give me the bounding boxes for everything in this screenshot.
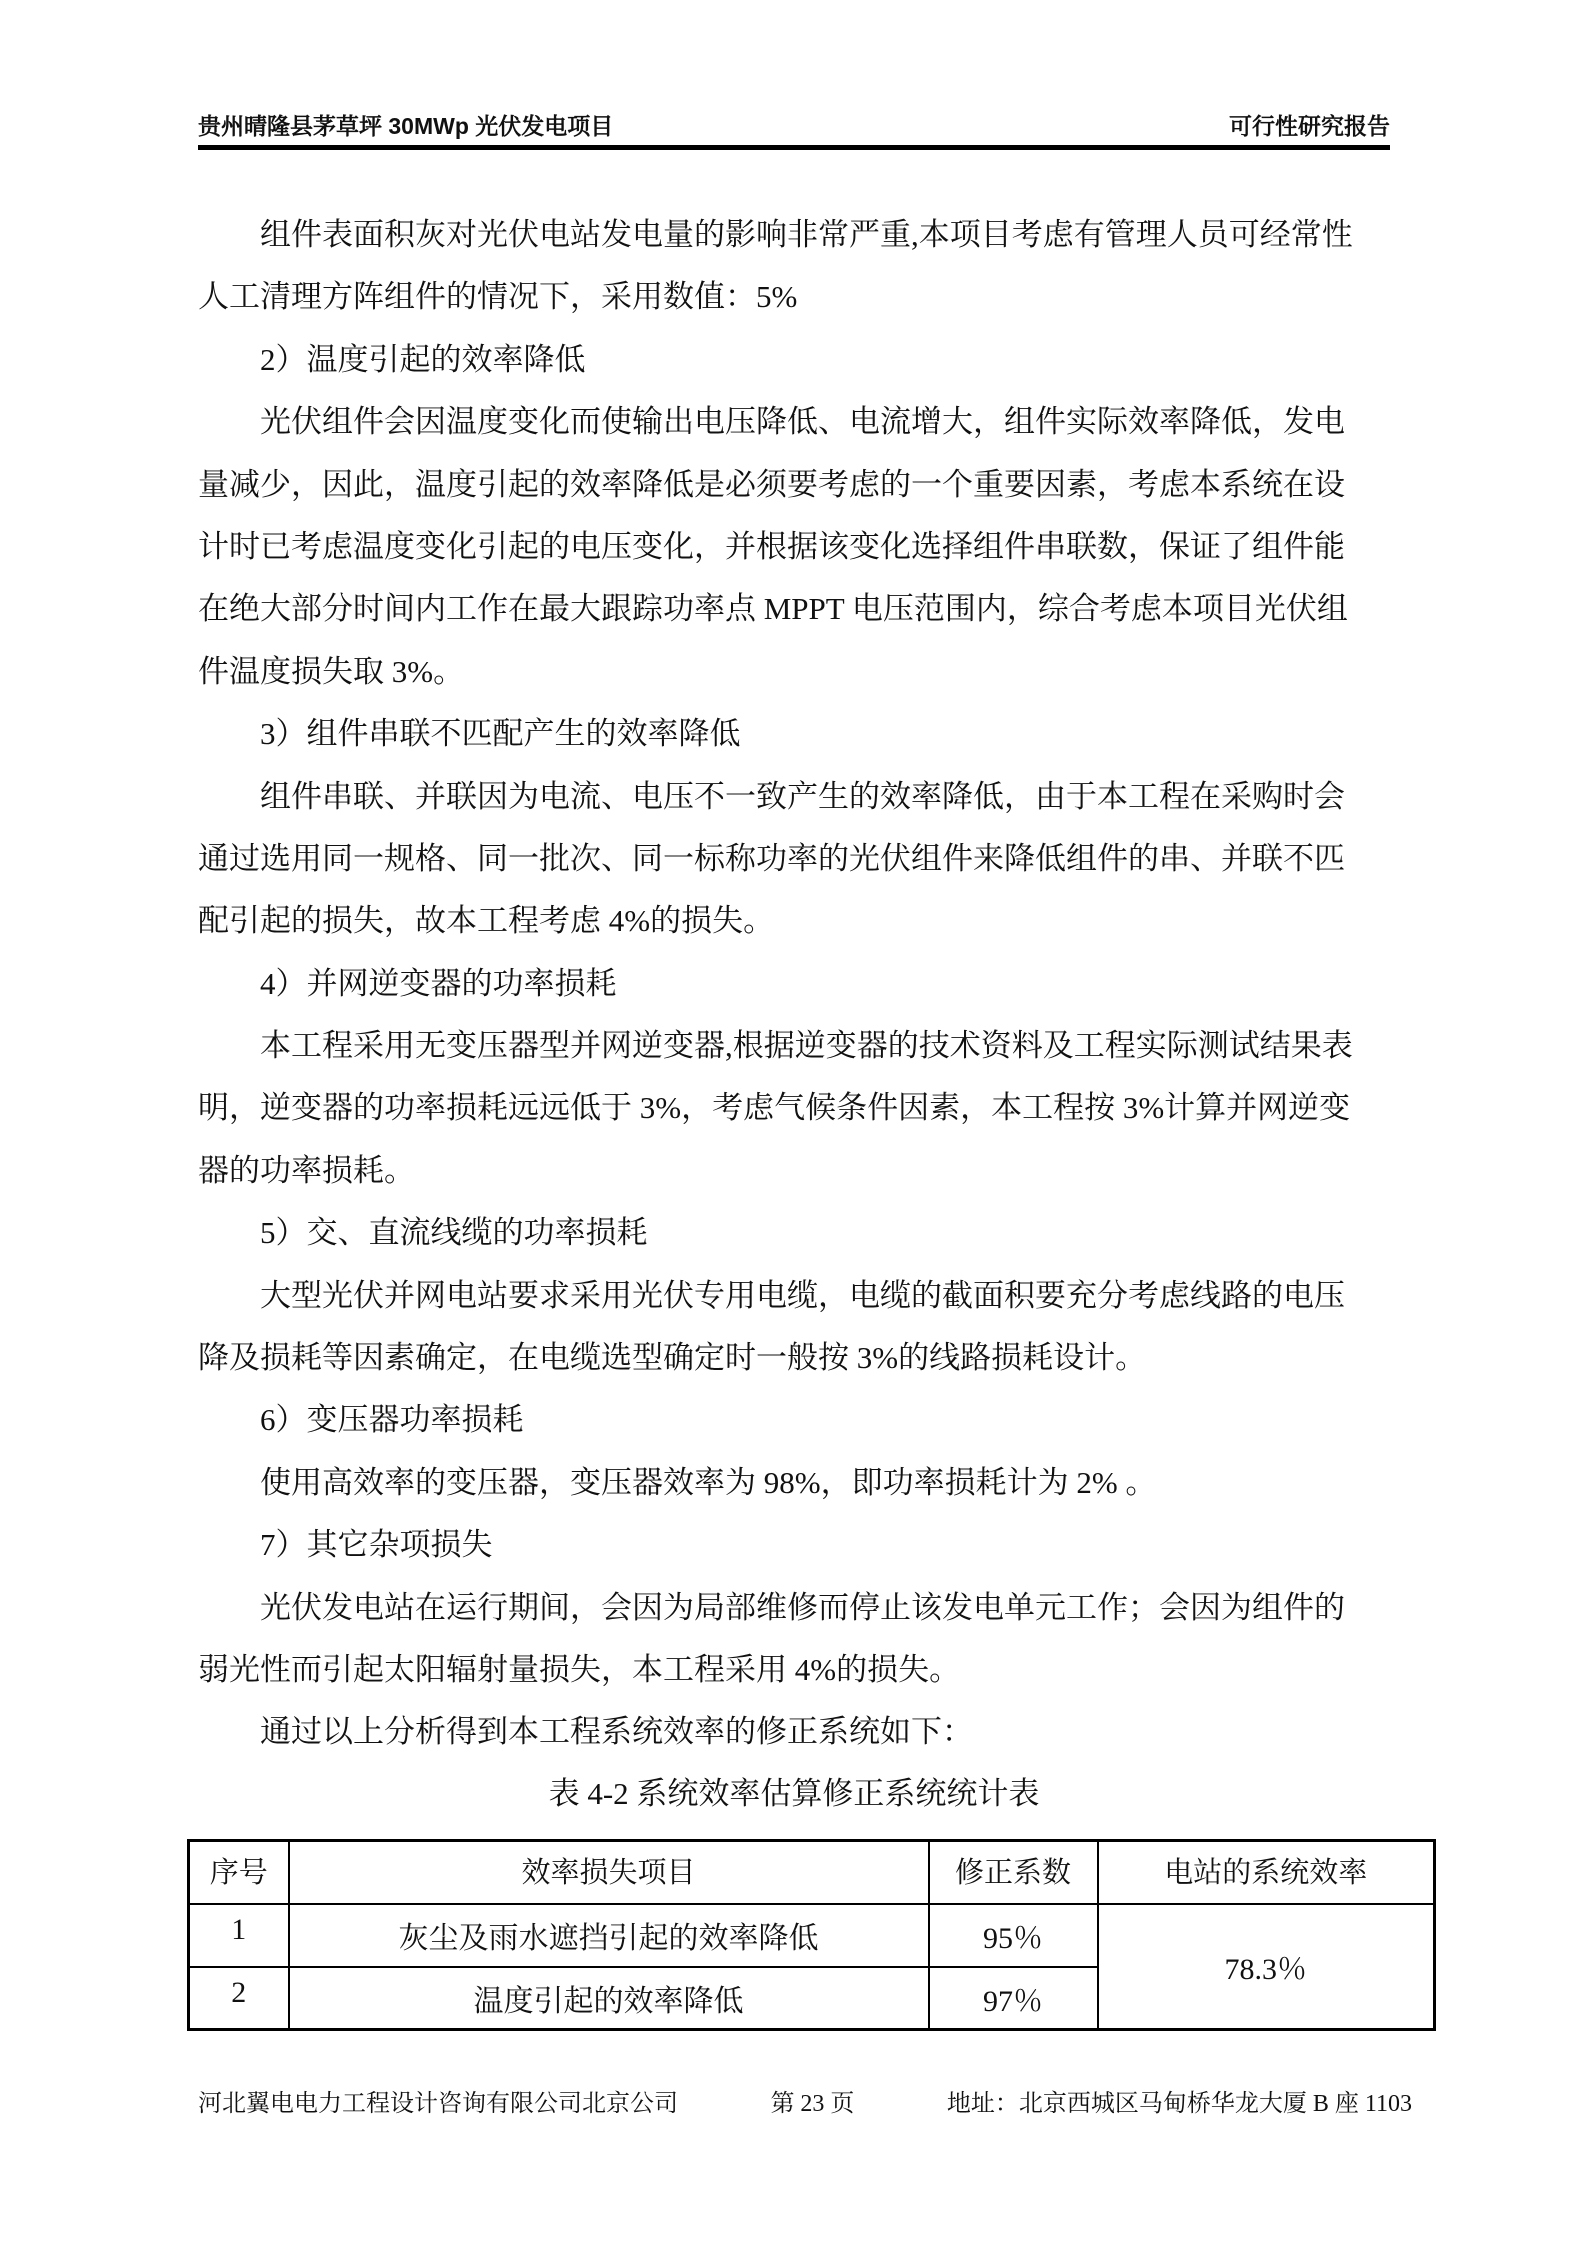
table-header-row: 序号 效率损失项目 修正系数 电站的系统效率: [189, 1841, 1435, 1904]
serial-cell: 1: [189, 1904, 289, 1967]
body-line: 量减少，因此，温度引起的效率降低是必须要考虑的一个重要因素，考虑本系统在设: [198, 454, 1390, 516]
body-line: 配引起的损失，故本工程考虑 4%的损失。: [198, 890, 1390, 952]
table-caption: 表 4-2 系统效率估算修正系统统计表: [198, 1763, 1390, 1825]
body-line: 组件表面积灰对光伏电站发电量的影响非常严重,本项目考虑有管理人员可经常性: [198, 204, 1390, 266]
body-line: 7）其它杂项损失: [198, 1514, 1390, 1576]
body-line: 光伏组件会因温度变化而使输出电压降低、电流增大，组件实际效率降低，发电: [198, 391, 1390, 453]
col-header-efficiency: 电站的系统效率: [1098, 1841, 1435, 1904]
page-header: 贵州晴隆县茅草坪 30MWp 光伏发电项目 可行性研究报告: [198, 108, 1390, 144]
body-line: 2）温度引起的效率降低: [198, 329, 1390, 391]
page-footer: 河北翼电电力工程设计咨询有限公司北京公司 第 23 页 地址：北京西城区马甸桥华…: [198, 2088, 1412, 2120]
body-line: 5）交、直流线缆的功率损耗: [198, 1202, 1390, 1264]
header-left-title: 贵州晴隆县茅草坪 30MWp 光伏发电项目: [198, 108, 613, 144]
body-line: 在绝大部分时间内工作在最大跟踪功率点 MPPT 电压范围内，综合考虑本项目光伏组: [198, 578, 1390, 640]
body-line: 降及损耗等因素确定，在电缆选型确定时一般按 3%的线路损耗设计。: [198, 1327, 1390, 1389]
system-efficiency-cell: 78.3％: [1098, 1904, 1435, 2030]
body-line: 明，逆变器的功率损耗远远低于 3%，考虑气候条件因素，本工程按 3%计算并网逆变: [198, 1077, 1390, 1139]
footer-page-number: 第 23 页: [770, 2088, 854, 2120]
header-right-title: 可行性研究报告: [1229, 108, 1390, 144]
body-line: 大型光伏并网电站要求采用光伏专用电缆，电缆的截面积要充分考虑线路的电压: [198, 1265, 1390, 1327]
factor-cell: 95％: [929, 1904, 1098, 1967]
col-header-serial: 序号: [189, 1841, 289, 1904]
header-rule: [198, 145, 1390, 150]
document-page: 贵州晴隆县茅草坪 30MWp 光伏发电项目 可行性研究报告 组件表面积灰对光伏电…: [0, 0, 1587, 2245]
footer-company: 河北翼电电力工程设计咨询有限公司北京公司: [198, 2088, 678, 2120]
body-line: 弱光性而引起太阳辐射量损失，本工程采用 4%的损失。: [198, 1639, 1390, 1701]
body-line: 通过选用同一规格、同一批次、同一标称功率的光伏组件来降低组件的串、并联不匹: [198, 828, 1390, 890]
body-line: 计时已考虑温度变化引起的电压变化，并根据该变化选择组件串联数，保证了组件能: [198, 516, 1390, 578]
body-line: 人工清理方阵组件的情况下，采用数值：5%: [198, 266, 1390, 328]
serial-cell: 2: [189, 1967, 289, 2030]
body-text: 组件表面积灰对光伏电站发电量的影响非常严重,本项目考虑有管理人员可经常性人工清理…: [198, 204, 1390, 1764]
col-header-factor: 修正系数: [929, 1841, 1098, 1904]
item-cell: 温度引起的效率降低: [289, 1967, 929, 2030]
body-line: 3）组件串联不匹配产生的效率降低: [198, 703, 1390, 765]
body-line: 使用高效率的变压器，变压器效率为 98%，即功率损耗计为 2% 。: [198, 1452, 1390, 1514]
item-cell: 灰尘及雨水遮挡引起的效率降低: [289, 1904, 929, 1967]
footer-address: 地址：北京西城区马甸桥华龙大厦 B 座 1103: [947, 2088, 1412, 2120]
col-header-item: 效率损失项目: [289, 1841, 929, 1904]
body-line: 组件串联、并联因为电流、电压不一致产生的效率降低，由于本工程在采购时会: [198, 766, 1390, 828]
body-line: 器的功率损耗。: [198, 1140, 1390, 1202]
table-row: 1灰尘及雨水遮挡引起的效率降低95％78.3％: [189, 1904, 1435, 1967]
body-line: 本工程采用无变压器型并网逆变器,根据逆变器的技术资料及工程实际测试结果表: [198, 1015, 1390, 1077]
efficiency-table: 序号 效率损失项目 修正系数 电站的系统效率 1灰尘及雨水遮挡引起的效率降低95…: [187, 1839, 1436, 2031]
body-line: 件温度损失取 3%。: [198, 641, 1390, 703]
factor-cell: 97％: [929, 1967, 1098, 2030]
body-line: 通过以上分析得到本工程系统效率的修正系统如下：: [198, 1701, 1390, 1763]
body-line: 6）变压器功率损耗: [198, 1389, 1390, 1451]
body-line: 光伏发电站在运行期间，会因为局部维修而停止该发电单元工作；会因为组件的: [198, 1577, 1390, 1639]
body-line: 4）并网逆变器的功率损耗: [198, 953, 1390, 1015]
